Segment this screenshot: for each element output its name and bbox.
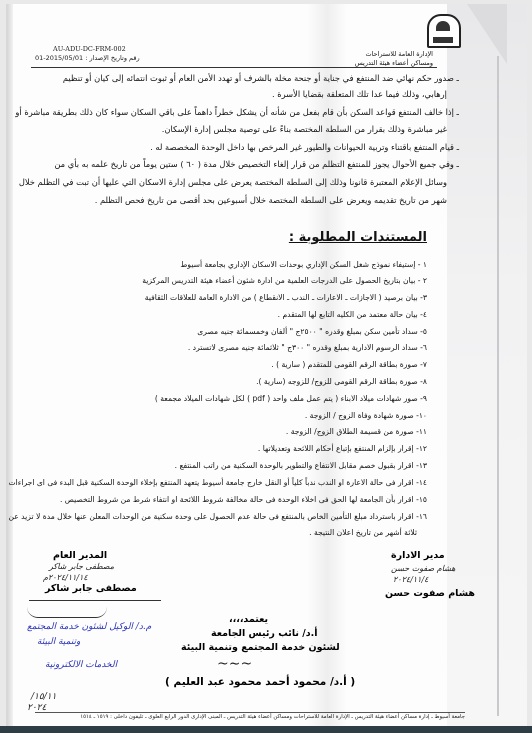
approver-name: ( أ.د/ محمود أحمد محمود عبد العليم ) [165,676,355,688]
doc-item-15: ١٥- اقرار بأن الجامعة لها الحق فى اخلاء … [60,495,427,504]
condition-1-line1: ـ صدور حكم نهائي ضد المنتفع في جناية أو … [63,72,459,85]
admin-director-signature: هشام صفوت حسن [391,564,456,573]
condition-4-line1: ـ وفي جميع الأحوال يجوز للمنتفع التظلم م… [54,158,459,171]
doc-item-13: ١٣- اقرار بقبول خصم مقابل الانتفاع والتط… [175,461,427,470]
issue-value: 2015/05/01-01 [35,54,83,62]
logo-sun-icon [436,21,450,31]
doc-item-1: ١ - إستيفاء نموذج شغل السكن الإداري بوحد… [180,260,427,269]
doc-item-4: ٤- بيان حالة معتمد من الكليه التابع لها … [278,310,427,319]
admin-director-title: مدير الادارة [391,550,445,561]
viewer-bottom-bar [0,726,532,733]
doc-item-10: ١٠- صورة شهادة وفاة الزوج / الزوجة . [305,411,427,420]
document-page: الإدارة العامة للاستراحات ومساكن أعضاء ه… [6,4,527,726]
logo-base-icon [433,37,453,43]
general-director-name: مصطفى جابر شاكر [45,583,137,594]
general-director-title: المدير العام [53,550,107,561]
condition-4-line2: وسائل الإعلام المعتبرة قانونا وذلك إلى ا… [19,176,447,189]
signature-flourish [27,607,107,618]
blue-note-line1: م.د/ الوكيل لشئون خدمة المجتمع [27,622,151,632]
form-code: AU-ADU-DC-FRM-002 [53,45,126,53]
doc-item-12: ١٢- إقرار بإلزام المنتفع بإتباع أحكام ال… [258,444,427,453]
header-divider [31,67,437,68]
university-logo-icon [427,14,461,48]
signature-divider [29,600,161,601]
footer-text: جامعة أسيوط ـ إدارة مساكن أعضاء هيئة الت… [80,714,465,720]
bottom-left-initial: ١٥/١١/ [31,692,56,702]
condition-4-line3: شهر من تاريخ تقديمه ويعرض على السلطة الم… [95,194,447,207]
approve-title2: لشئون خدمة المجتمع وتنمية البيئة [181,642,340,653]
doc-item-3: ٣- بيان برصيد ( الاجازات ـ الاعارات ـ ال… [145,293,427,302]
doc-item-16: ١٦- اقرار باسترداد مبلغ التأمين الخاص با… [8,512,427,521]
issue-label: رقم وتاريخ الإصدار : [85,54,139,62]
admin-director-name: هشام صفوت حسن [385,588,475,599]
fold-crease [497,56,499,716]
org-name-line2: ومساكن أعضاء هيئة التدريس [355,59,433,67]
condition-1-line2: إرهابي، وذلك فيما عدا تلك المتعلقة بقضاي… [272,88,447,101]
doc-item-14: ١٤- اقرار فى حالة الاعارة او الندب ندباً… [6,478,427,487]
doc-item-8: ٨- صورة بطاقة الرقم القومى للزوج/ للزوجه… [256,377,427,386]
doc-item-11: ١١- صورة من قسيمة الطلاق الزوج/ الزوجة . [286,427,427,436]
doc-item-6: ٦- سداد الرسوم الادارية بمبلغ وقدره " ٣٠… [188,343,427,352]
page-fold [447,4,527,726]
doc-item-7: ٧- صورة بطاقة الرقم القومى للمتقدم ( سار… [271,360,427,369]
general-director-signature: مصطفى جابر شاكر [49,562,114,571]
doc-item-16-cont: ثلاثة أشهر من تاريخ اعلان النتيجة . [309,528,417,537]
doc-item-2: ٢ - بيان بتاريخ الحصول على الدرجات العلم… [142,276,427,285]
folded-corner [467,4,507,64]
required-docs-heading: المستندات المطلوبة : [289,230,427,245]
general-director-date: ٢٠٢٤/١١/١٤م [43,573,88,582]
issue-info: رقم وتاريخ الإصدار : 2015/05/01-01 [35,54,140,62]
footer-divider [35,712,465,713]
condition-3-line1: ـ قيام المنتفع باقتناء وتربية الحيوانات … [150,141,459,154]
page-edge-shadow [7,4,13,726]
blue-note-line2: وتنمية البيئة [37,637,80,647]
approve-title1: أ.د/ نائب رئيس الجامعة [211,628,317,639]
blue-note-line3: الخدمات الالكترونية [45,660,117,670]
approve-signature-icon: ~∽~ [217,656,252,672]
doc-item-9: ٩- صور شهادات ميلاد الابناء ( يتم عمل مل… [155,394,427,403]
doc-item-5: ٥- سداد تأمين سكن بمبلغ وقدره " ٢٥٠٠ج " … [197,327,427,336]
approve-label: يعتمد،،،، [229,614,268,625]
org-name-line1: الإدارة العامة للاستراحات [365,50,433,58]
condition-2-line2: غير مباشرة وذلك بقرار من السلطة المختصة … [162,123,447,136]
condition-2-line1: ـ إذا خالف المنتفع قواعد السكن بأن قام ب… [15,106,459,119]
admin-director-date: ٢٠٢٤/١١/٤ [393,575,428,584]
